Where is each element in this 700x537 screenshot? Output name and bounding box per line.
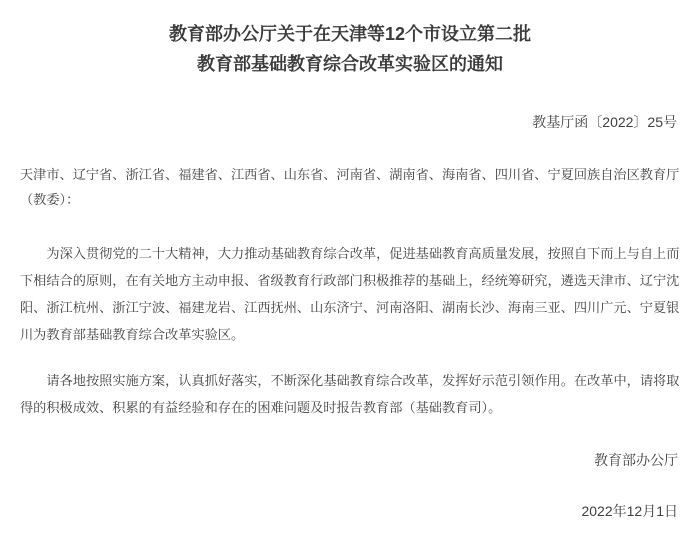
issuer-signature: 教育部办公厅	[0, 447, 678, 474]
document-title: 教育部办公厅关于在天津等12个市设立第二批 教育部基础教育综合改革实验区的通知	[0, 0, 700, 79]
body-paragraph-1: 为深入贯彻党的二十大精神，大力推动基础教育综合改革，促进基础教育高质量发展，按照…	[20, 240, 680, 348]
document-reference-number: 教基厅函〔2022〕25号	[0, 112, 677, 132]
notice-document-page: 教育部办公厅关于在天津等12个市设立第二批 教育部基础教育综合改革实验区的通知 …	[0, 0, 700, 537]
recipients-salutation: 天津市、辽宁省、浙江省、福建省、江西省、山东省、河南省、湖南省、海南省、四川省、…	[20, 162, 680, 212]
body-paragraph-2: 请各地按照实施方案，认真抓好落实，不断深化基础教育综合改革，发挥好示范引领作用。…	[20, 367, 680, 421]
document-title-line2: 教育部基础教育综合改革实验区的通知	[0, 49, 700, 79]
document-title-line1: 教育部办公厅关于在天津等12个市设立第二批	[0, 19, 700, 49]
issue-date: 2022年12月1日	[0, 498, 678, 525]
